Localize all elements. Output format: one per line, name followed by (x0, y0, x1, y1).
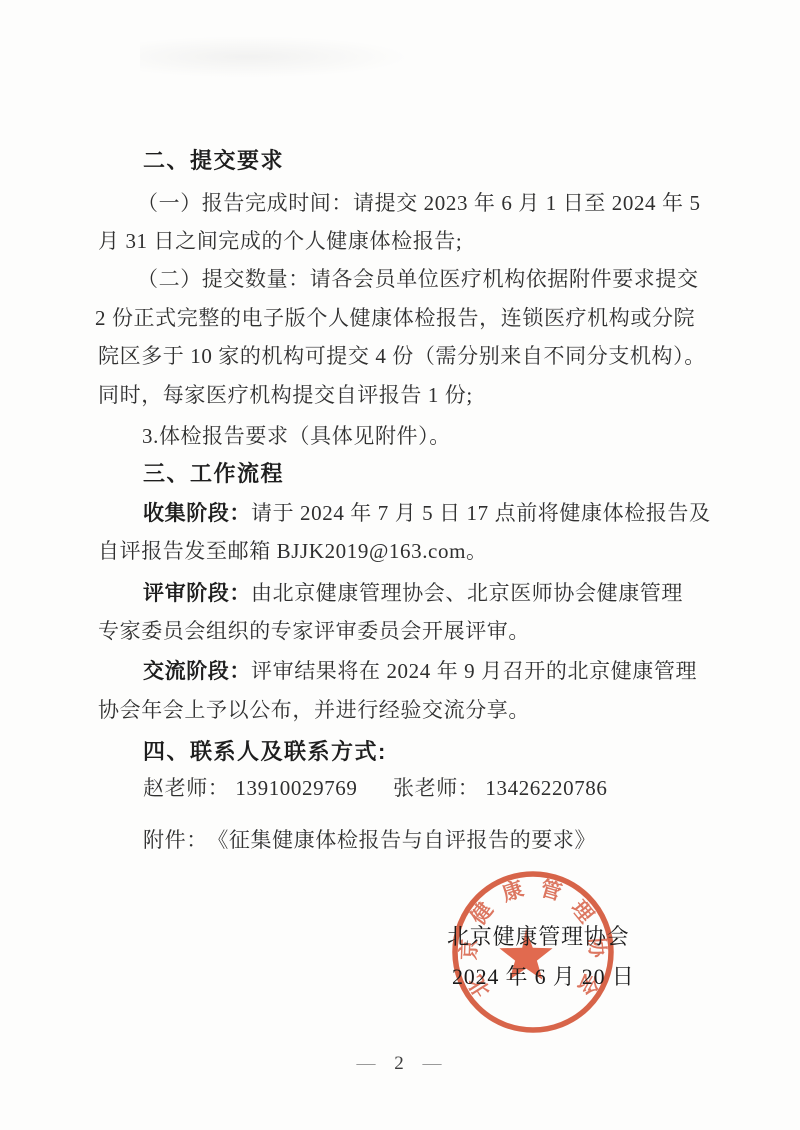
para-collect-line-2: 自评报告发至邮箱 BJJK2019@163.com。 (98, 539, 488, 563)
contact-zhang-phone: 13426220786 (485, 776, 607, 800)
section-4-heading: 四、联系人及联系方式: (143, 739, 387, 764)
para-quantity-line-2: 2 份正式完整的电子版个人健康体检报告，连锁医疗机构或分院 (95, 306, 695, 330)
attachment-title: 《征集健康体检报告与自评报告的要求》 (218, 828, 596, 852)
contact-zhang-name: 张老师： (393, 776, 479, 800)
para-quantity-line-3: 院区多于 10 家的机构可提交 4 份（需分别来自不同分支机构）。 (98, 344, 706, 368)
collect-stage-text: 请于 2024 年 7 月 5 日 17 点前将健康体检报告及 (251, 501, 711, 525)
document-page: 二、提交要求 （一）报告完成时间：请提交 2023 年 6 月 1 日至 202… (0, 0, 800, 1130)
contact-zhao-phone: 13910029769 (235, 776, 357, 800)
section-3-heading: 三、工作流程 (143, 461, 284, 486)
review-stage-label: 评审阶段： (143, 582, 251, 605)
page-number-dash-left: — (357, 1053, 378, 1074)
attachment-line: 附件：《征集健康体检报告与自评报告的要求》 (143, 828, 596, 852)
para-collect-line-1: 收集阶段：请于 2024 年 7 月 5 日 17 点前将健康体检报告及 (143, 501, 711, 526)
para-report-time-line-2: 月 31 日之间完成的个人健康体检报告; (98, 229, 462, 253)
para-exchange-line-2: 协会年会上予以公布，并进行经验交流分享。 (98, 698, 530, 722)
scan-artifact (140, 36, 410, 78)
contact-zhao: 赵老师：13910029769 (143, 776, 358, 800)
section-2-heading: 二、提交要求 (143, 148, 284, 173)
contact-zhang: 张老师：13426220786 (393, 776, 608, 800)
official-seal-stamp: 北京健康管理协会 (448, 867, 618, 1037)
para-review-line-1: 评审阶段：由北京健康管理协会、北京医师协会健康管理 (143, 581, 683, 606)
para-review-line-2: 专家委员会组织的专家评审委员会开展评审。 (98, 619, 530, 643)
para-report-time-line-1: （一）报告完成时间：请提交 2023 年 6 月 1 日至 2024 年 5 (137, 191, 701, 215)
page-number: — 2 — (0, 1053, 800, 1075)
review-stage-text: 由北京健康管理协会、北京医师协会健康管理 (251, 581, 683, 605)
exchange-stage-label: 交流阶段： (143, 660, 251, 683)
para-exchange-line-1: 交流阶段：评审结果将在 2024 年 9 月召开的北京健康管理 (143, 659, 697, 684)
para-quantity-line-1: （二）提交数量：请各会员单位医疗机构依据附件要求提交 (137, 267, 699, 291)
contact-zhao-name: 赵老师： (143, 776, 229, 800)
signature-date: 2024 年 6 月 20 日 (452, 964, 635, 989)
collect-stage-label: 收集阶段： (143, 502, 251, 525)
page-number-value: 2 (394, 1053, 406, 1074)
para-quantity-line-4: 同时，每家医疗机构提交自评报告 1 份; (98, 383, 473, 407)
signature-organization: 北京健康管理协会 (447, 924, 629, 949)
attachment-label: 附件： (143, 828, 208, 852)
para-report-requirement: 3.体检报告要求（具体见附件）。 (142, 424, 451, 448)
exchange-stage-text: 评审结果将在 2024 年 9 月召开的北京健康管理 (251, 659, 697, 683)
page-number-dash-right: — (423, 1053, 444, 1074)
